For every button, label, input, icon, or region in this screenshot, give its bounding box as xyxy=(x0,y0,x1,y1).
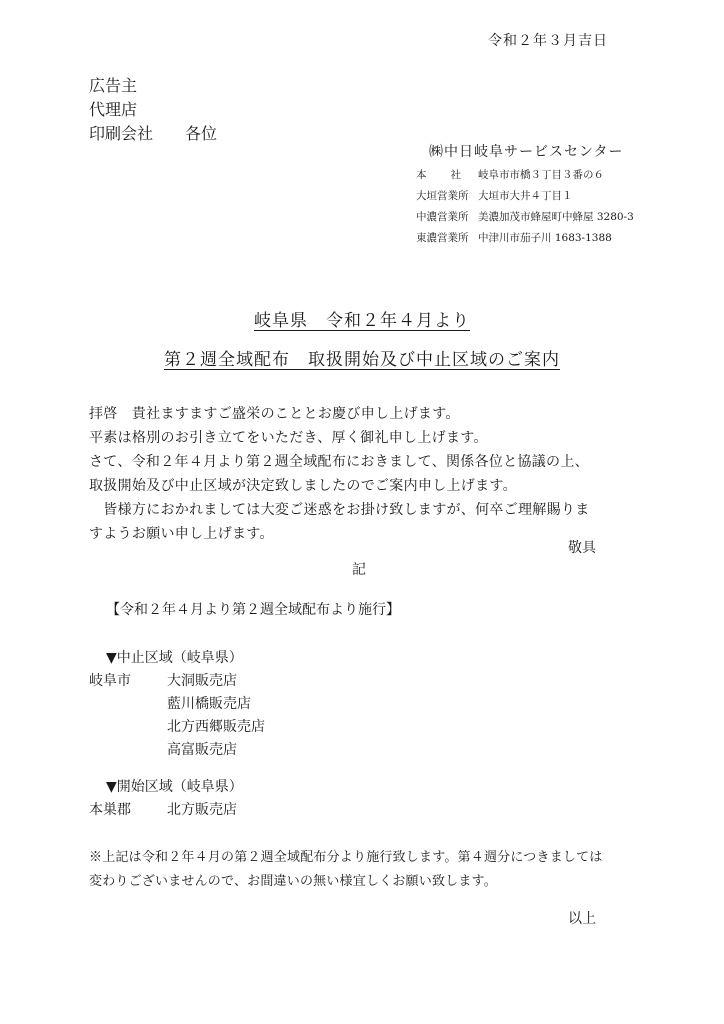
effective-heading: 【令和２年４月より第２週全域配布より施行】 xyxy=(106,599,400,619)
shop-item: 藍川橋販売店 xyxy=(167,693,251,713)
office-tono: 東濃営業所中津川市茄子川 1683-1388 xyxy=(416,230,612,245)
ki-marker: 記 xyxy=(352,559,366,579)
started-heading: ▼開始区域（岐阜県） xyxy=(106,776,243,796)
office-label: 中濃営業所 xyxy=(416,209,478,224)
title-text: 岐阜県 令和２年４月より xyxy=(254,311,470,331)
office-address: 岐阜市市橋３丁目３番の６ xyxy=(478,169,604,181)
body-line: 取扱開始及び中止区域が決定致しましたのでご案内申し上げます。 xyxy=(89,474,517,498)
note-line: ※上記は令和２年４月の第２週全域配布分より施行致します。第４週分につきましては xyxy=(89,846,603,865)
sender-company: ㈱中日岐阜サービスセンター xyxy=(429,141,623,161)
body-line: 皆様方におかれましては大変ご迷惑をお掛け致しますが、何卒ご理解賜りま xyxy=(89,498,590,522)
office-address: 中津川市茄子川 1683-1388 xyxy=(478,232,612,244)
addressee-agency: 代理店 xyxy=(89,98,137,122)
office-address: 大垣市大井４丁目１ xyxy=(478,190,573,202)
office-label: 東濃営業所 xyxy=(416,230,478,245)
office-label: 大垣営業所 xyxy=(416,188,478,203)
shop-item: 北方西郷販売店 xyxy=(167,716,265,736)
started-city: 本巣郡 xyxy=(89,799,131,819)
discontinued-city: 岐阜市 xyxy=(89,670,131,690)
shop-item: 北方販売店 xyxy=(167,799,237,819)
office-chuno: 中濃営業所美濃加茂市蜂屋町中蜂屋 3280-3 xyxy=(416,209,634,224)
title-line-1: 岐阜県 令和２年４月より xyxy=(0,306,724,331)
title-line-2: 第２週全域配布 取扱開始及び中止区域のご案内 xyxy=(0,345,724,370)
note-line: 変わりございませんので、お間違いの無い様宜しくお願い致します。 xyxy=(89,870,497,889)
addressee-printer: 印刷会社 各位 xyxy=(89,122,217,146)
office-label: 本社 xyxy=(416,167,478,182)
closing-ijo: 以上 xyxy=(568,908,596,928)
title-text: 第２週全域配布 取扱開始及び中止区域のご案内 xyxy=(164,350,560,370)
shop-item: 高富販売店 xyxy=(167,739,237,759)
office-ogaki: 大垣営業所大垣市大井４丁目１ xyxy=(416,188,573,203)
office-address: 美濃加茂市蜂屋町中蜂屋 3280-3 xyxy=(478,211,634,223)
office-headquarters: 本社岐阜市市橋３丁目３番の６ xyxy=(416,167,604,182)
issue-date: 令和２年３月吉日 xyxy=(488,30,608,50)
shop-item: 大洞販売店 xyxy=(167,670,237,690)
body-line: すようお願い申し上げます。 xyxy=(89,522,274,546)
body-line: 平素は格別のお引き立てをいただき、厚く御礼申し上げます。 xyxy=(89,426,488,450)
closing-keigu: 敬具 xyxy=(568,537,596,557)
discontinued-heading: ▼中止区域（岐阜県） xyxy=(106,647,243,667)
body-line: 拝啓 貴社ますますご盛栄のこととお慶び申し上げます。 xyxy=(89,402,460,426)
body-line: さて、令和２年４月より第２週全域配布におきまして、関係各位と協議の上、 xyxy=(89,450,589,474)
addressee-advertiser: 広告主 xyxy=(89,74,137,98)
